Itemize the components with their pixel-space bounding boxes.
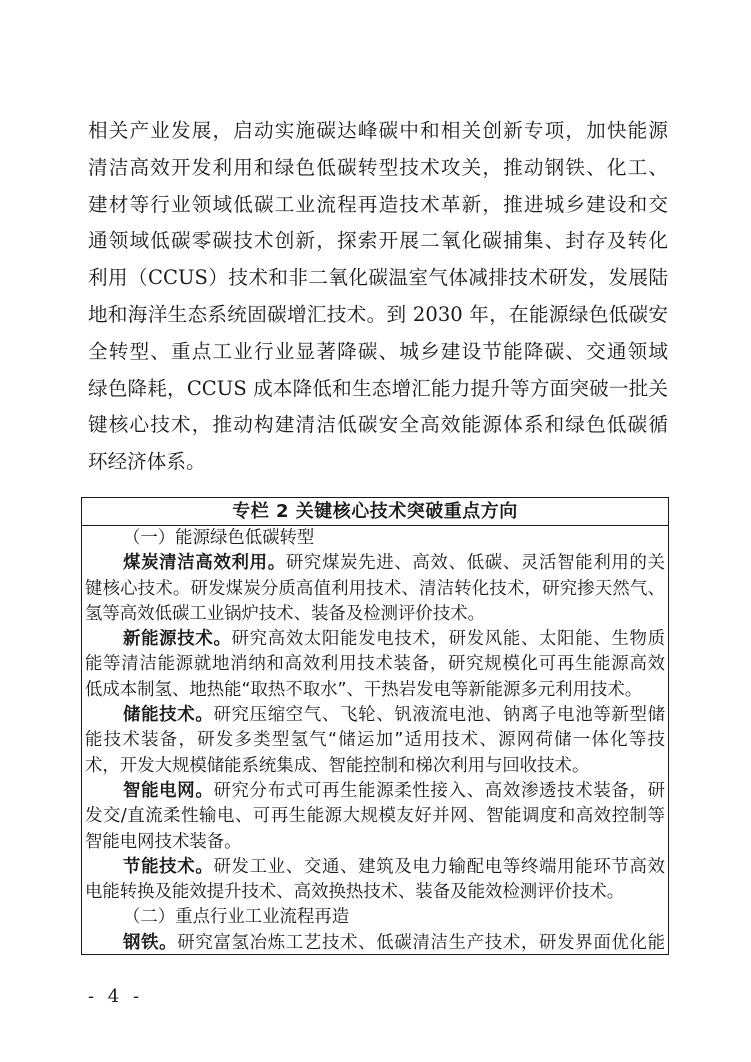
item-line: 氢等高效低碳工业锅炉技术、装备及检测评价技术。 [85,602,665,627]
body-paragraph: 相关产业发展，启动实施碳达峰碳中和相关创新专项，加快能源 清洁高效开发利用和绿色… [88,113,668,481]
item-text: 研究分布式可再生能源柔性接入、高效渗透技术装备，研 [213,781,665,801]
item-text: 研发工业、交通、建筑及电力输配电等终端用能环节高效 [213,857,665,877]
item-coal-first-line: 煤炭清洁高效利用。研究煤炭先进、高效、低碳、灵活智能利用的关 [85,551,665,576]
item-keyword: 新能源技术。 [123,629,232,649]
body-line: 建材等行业领域低碳工业流程再造技术革新，推进城乡建设和交 [88,187,668,224]
item-smart-grid-first-line: 智能电网。研究分布式可再生能源柔性接入、高效渗透技术装备，研 [85,779,665,804]
body-line: 通领域低碳零碳技术创新，探索开展二氧化碳捕集、封存及转化 [88,223,668,260]
body-line: 环经济体系。 [88,444,668,481]
item-keyword: 节能技术。 [123,857,213,877]
item-text: 研究高效太阳能发电技术，研发风能、太阳能、生物质 [232,629,665,649]
item-line: 能等清洁能源就地消纳和高效利用技术装备，研究规模化可再生能源高效 [85,652,665,677]
item-line: 智能电网技术装备。 [85,830,665,855]
column-box-key-technologies: 专栏 2 关键核心技术突破重点方向 （一）能源绿色低碳转型 煤炭清洁高效利用。研… [81,497,669,955]
panel-title: 专栏 2 关键核心技术突破重点方向 [82,498,668,526]
item-storage-first-line: 储能技术。研究压缩空气、飞轮、钒液流电池、钠离子电池等新型储 [85,703,665,728]
body-line: 绿色降耗，CCUS 成本降低和生态增汇能力提升等方面突破一批关 [88,371,668,408]
panel-body: （一）能源绿色低碳转型 煤炭清洁高效利用。研究煤炭先进、高效、低碳、灵活智能利用… [82,526,668,955]
body-line: 全转型、重点工业行业显著降碳、城乡建设节能降碳、交通领域 [88,334,668,371]
item-line: 低成本制氢、地热能“取热不取水”、干热岩发电等新能源多元利用技术。 [85,678,665,703]
item-steel-first-line: 钢铁。研究富氢冶炼工艺技术、低碳清洁生产技术，研发界面优化能 [85,931,665,955]
body-line: 利用（CCUS）技术和非二氧化碳温室气体减排技术研发，发展陆 [88,260,668,297]
page-number: - 4 - [88,986,143,1007]
body-line: 地和海洋生态系统固碳增汇技术。到 2030 年，在能源绿色低碳安 [88,297,668,334]
item-new-energy-first-line: 新能源技术。研究高效太阳能发电技术，研发风能、太阳能、生物质 [85,627,665,652]
item-keyword: 煤炭清洁高效利用。 [123,553,286,573]
section-heading: （二）重点行业工业流程再造 [85,905,665,930]
item-line: 能技术装备，研发多类型氢气“储运加”适用技术、源网荷储一体化等技 [85,728,665,753]
item-line: 键核心技术。研发煤炭分质高值利用技术、清洁转化技术，研究掺天然气、 [85,577,665,602]
item-line: 术，开发大规模储能系统集成、智能控制和梯次利用与回收技术。 [85,754,665,779]
item-keyword: 钢铁。 [123,933,177,953]
item-energy-saving-first-line: 节能技术。研发工业、交通、建筑及电力输配电等终端用能环节高效 [85,855,665,880]
item-keyword: 智能电网。 [123,781,213,801]
section-heading: （一）能源绿色低碳转型 [85,526,665,551]
item-line: 电能转换及能效提升技术、高效换热技术、装备及能效检测评价技术。 [85,880,665,905]
body-line: 键核心技术，推动构建清洁低碳安全高效能源体系和绿色低碳循 [88,407,668,444]
item-text: 研究煤炭先进、高效、低碳、灵活智能利用的关 [286,553,665,573]
item-text: 研究压缩空气、飞轮、钒液流电池、钠离子电池等新型储 [213,705,665,725]
item-text: 研究富氢冶炼工艺技术、低碳清洁生产技术，研发界面优化能 [177,933,665,953]
item-line: 发交/直流柔性输电、可再生能源大规模友好并网、智能调度和高效控制等 [85,804,665,829]
item-keyword: 储能技术。 [123,705,213,725]
body-line: 相关产业发展，启动实施碳达峰碳中和相关创新专项，加快能源 [88,113,668,150]
body-line: 清洁高效开发利用和绿色低碳转型技术攻关，推动钢铁、化工、 [88,150,668,187]
